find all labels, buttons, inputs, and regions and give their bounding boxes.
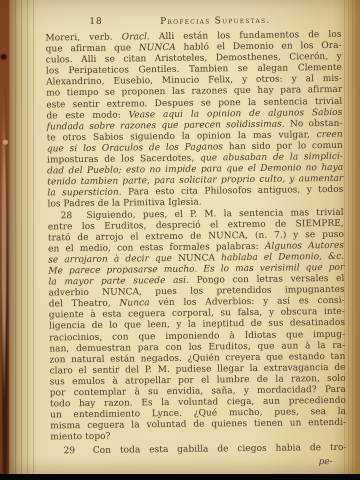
text-block: Moreri, verb. Oracl. Alli están los fund… — [45, 30, 346, 458]
running-title: Profecias Supuestas. — [141, 14, 289, 27]
page-content: 18 Profecias Supuestas. Moreri, verb. Or… — [45, 14, 347, 470]
page-number: 18 — [89, 17, 103, 27]
text-line: miento topo? — [50, 429, 346, 444]
scanned-book-page: 18 Profecias Supuestas. Moreri, verb. Or… — [0, 0, 360, 480]
page-header: 18 Profecias Supuestas. — [45, 14, 341, 31]
text-line: 29 Con toda esta gabilla de ciegos habia… — [50, 443, 346, 458]
binding-edge — [0, 0, 9, 474]
fore-edge-shadow — [344, 0, 360, 474]
scanner-bed-strip — [0, 474, 360, 480]
gutter-fold-shadow — [9, 0, 39, 474]
